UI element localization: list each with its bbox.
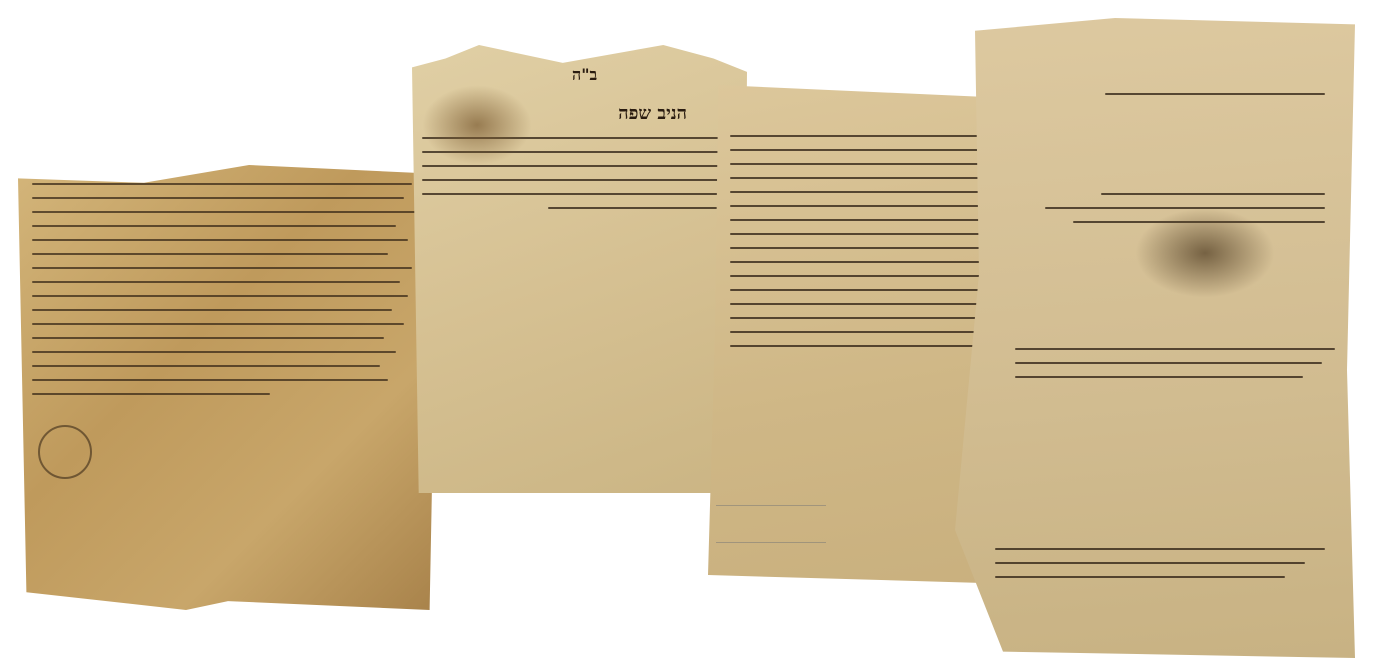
manuscript-fragment-center-left: ב"ה הניב שפה — [412, 45, 747, 493]
handwritten-text-block-top — [1105, 93, 1325, 107]
pencil-note — [716, 505, 826, 543]
stain — [422, 85, 532, 165]
fragment-heading: הניב שפה — [618, 103, 687, 124]
handwritten-text-block — [32, 183, 428, 407]
manuscript-fragment-left — [18, 165, 438, 610]
corner-mark: ב"ה — [572, 65, 597, 85]
stain — [1135, 208, 1275, 298]
manuscript-fragment-right — [955, 18, 1355, 658]
handwritten-text-block-bottom — [1015, 348, 1335, 390]
signature-mark — [38, 425, 92, 479]
handwritten-text-block-footer — [995, 548, 1325, 590]
